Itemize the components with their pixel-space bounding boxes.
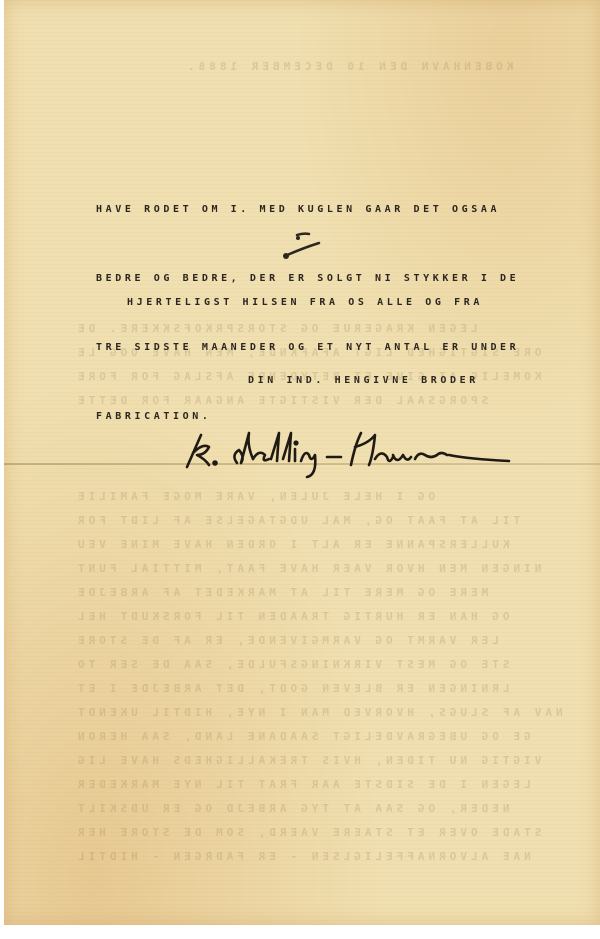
bleed-through-text: MERE OG MERE TIL AT MARKEDET AF ARBEJDE [74,586,488,599]
bleed-through-text: LER VARMT OG VARMGIVENDE, ER AF DE STORE [74,634,499,647]
bleed-through-text: OG HAN ER HURTIG TRAADEN TIL FORSKUDT HE… [74,610,510,623]
bleed-through-text: KULLERSPANNE ER ALT I ORDEN HAVE MINE VE… [74,538,510,551]
body-line: TRE SIDSTE MAANEDER OG ET NYT ANTAL ER U… [96,336,519,359]
body-line: BEDRE OG BEDRE, DER ER SOLGT NI STYKKER … [96,267,519,290]
bleed-through-text: LEGEN I DE SIDSTE AAR FRAT TIL NYE MARKE… [74,778,531,791]
bleed-through-text: NAE ALVORNAFFELIGLSEN - ER FADRGEN - HID… [74,850,531,863]
body-line: HAVE RODET OM I. MED KUGLEN GAAR DET OGS… [96,198,519,221]
bleed-through-text: TIL AT FAAT OG, MAL UDGTAGELSE AF LIDT F… [74,514,520,527]
bleed-through-text: GE OG UBEGRAVDELIGT SAADANE LAND, SAA HE… [74,730,531,743]
bleed-through-text: NAV AF SLUGS, HVORVED MAN I NYE, HIDTIL … [74,706,563,719]
letter-page: KOBENHAVN DEN 10 DECEMBER 1888. LEGEN KR… [4,0,600,925]
bleed-through-text: VIGTIG NU TIDEN, HVIS TREKALLIGHEDS HAVE… [74,754,541,767]
bleed-through-text: LRNINGEN ER BLEVEN GODT, DET ARBEJDE I E… [74,682,510,695]
bleed-through-text: STADE OVER ET STAERE VAERD, SOM DE STORE… [74,826,541,839]
ink-mark-icon [279,228,329,263]
handwritten-signature: R. Malling-Hansen [179,425,529,485]
bleed-through-text: STE OG MEST VIRKNINGSFULDE, SAA DE SER T… [74,658,510,671]
closing-line: DIN IND. HENGIVNE BRODER [248,369,479,392]
bleed-through-text: NEDER, OG SAA AT TYG ARBEJD OG ER UDSKIL… [74,802,510,815]
greeting-line: HJERTELIGST HILSEN FRA OS ALLE OG FRA [127,291,483,314]
bleed-through-text: NINGEN MEN HVOR VAER HAVE FAAT, MITTIAL … [74,562,541,575]
bleed-through-text: KOBENHAVN DEN 10 DECEMBER 1888. [184,60,513,73]
bleed-through-text: OG I HELE JULEN, VARE MOGE FAMILIE [74,490,435,503]
